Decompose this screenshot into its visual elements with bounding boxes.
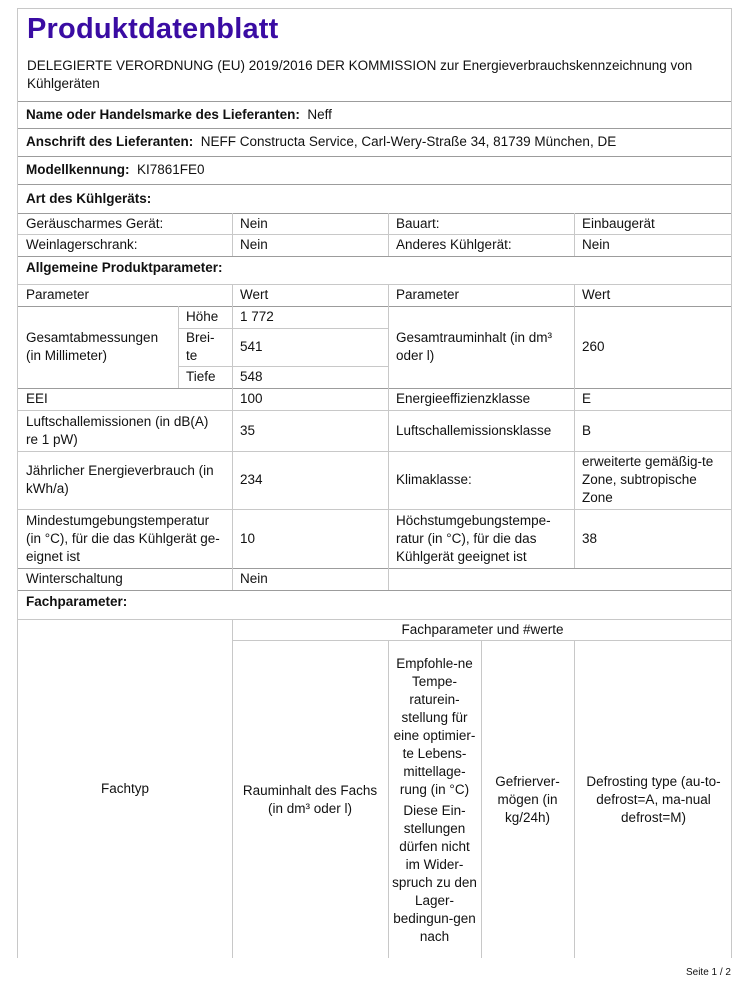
col-defrosting-type: Defrosting type (au-to-defrost=A, ma-nua… [574,640,732,958]
compartment-heading: Fachparameter: [18,593,732,619]
depth-label: Tiefe [178,366,232,388]
width-value: 541 [232,328,388,366]
divider [18,590,731,591]
eei-label: EEI [18,388,232,410]
col-recommended-temp: Empfohle-ne Tempe-raturein-stellung für … [388,640,481,958]
col-value-2: Wert [574,284,732,306]
product-data-sheet: Produktdatenblatt DELEGIERTE VERORDNUNG … [17,8,732,958]
model-value: KI7861FE0 [137,161,205,179]
energy-class-value: E [574,388,732,410]
col-compartment-volume: Rauminhalt des Fachs (in dm³ oder l) [232,640,388,958]
max-temp-value: 38 [574,509,732,568]
climate-class-label: Klimaklasse: [388,451,574,509]
other-label: Anderes Kühlgerät: [388,234,574,256]
quiet-label: Geräuscharmes Gerät: [18,213,232,234]
annual-energy-label: Jährlicher Energieverbrauch (in kWh/a) [18,451,232,509]
supplier-name-value: Neff [307,106,332,124]
col-parameter-1: Parameter [18,284,232,306]
noise-label: Luftschallemissionen (in dB(A) re 1 pW) [18,410,232,451]
winter-switch-value: Nein [232,568,388,590]
depth-value: 548 [232,366,388,388]
supplier-name-row: Name oder Handelsmarke des Lieferanten: … [18,101,732,128]
quiet-value: Nein [232,213,388,234]
supplier-address-label: Anschrift des Lieferanten: [26,133,193,151]
general-heading: Allgemeine Produktparameter: [18,259,732,284]
height-value: 1 772 [232,306,388,328]
design-label: Bauart: [388,213,574,234]
page-number: Seite 1 / 2 [686,967,731,978]
recommended-temp-note: Diese Ein-stellungen dürfen nicht im Wid… [392,802,477,946]
col-parameter-2: Parameter [388,284,574,306]
total-volume-label: Gesamtrauminhalt (in dm³ oder l) [388,306,574,388]
page-title: Produktdatenblatt [27,13,279,46]
climate-class-value: erweiterte gemäßig-te Zone, subtropische… [574,451,732,509]
min-temp-label: Mindestumgebungstemperatur (in °C), für … [18,509,232,568]
min-temp-value: 10 [232,509,388,568]
total-volume-value: 260 [574,306,732,388]
winter-switch-label: Winterschaltung [18,568,232,590]
wine-label: Weinlagerschrank: [18,234,232,256]
model-label: Modellkennung: [26,161,130,179]
supplier-address-row: Anschrift des Lieferanten: NEFF Construc… [18,128,732,156]
energy-class-label: Energieeffizienzklasse [388,388,574,410]
width-label: Brei-te [178,328,232,366]
col-compartment-type: Fachtyp [18,619,232,958]
max-temp-label: Höchstumgebungstempe-ratur (in °C), für … [388,509,574,568]
noise-value: 35 [232,410,388,451]
col-value-1: Wert [232,284,388,306]
annual-energy-value: 234 [232,451,388,509]
noise-class-label: Luftschallemissionsklasse [388,410,574,451]
compartment-group-header: Fachparameter und #werte [232,619,732,640]
model-row: Modellkennung: KI7861FE0 [18,156,732,184]
supplier-address-value: NEFF Constructa Service, Carl-Wery-Straß… [201,133,616,151]
design-value: Einbaugerät [574,213,732,234]
wine-value: Nein [232,234,388,256]
supplier-name-label: Name oder Handelsmarke des Lieferanten: [26,106,300,124]
height-label: Höhe [178,306,232,328]
divider [18,256,731,257]
recommended-temp-text: Empfohle-ne Tempe-raturein-stellung für … [392,655,477,799]
eei-value: 100 [232,388,388,410]
regulation-intro: DELEGIERTE VERORDNUNG (EU) 2019/2016 DER… [27,57,717,93]
col-freezing-capacity: Gefrierver-mögen (in kg/24h) [481,640,574,958]
appliance-type-heading: Art des Kühlgeräts: [18,184,732,213]
dimensions-label: Gesamtabmessungen (in Millimeter) [18,306,178,388]
other-value: Nein [574,234,732,256]
noise-class-value: B [574,410,732,451]
